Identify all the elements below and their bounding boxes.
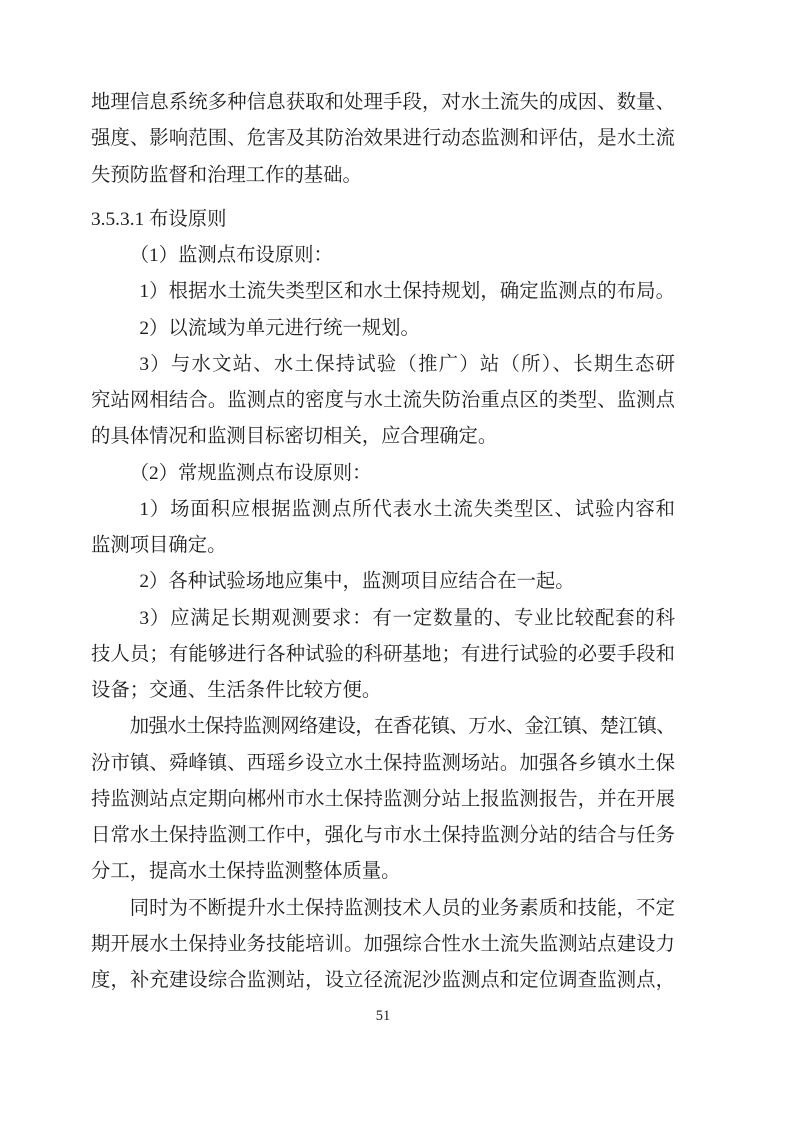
text-line: （2）常规监测点布设原则： bbox=[91, 456, 675, 492]
text-line: 3）与水文站、水土保持试验（推广）站（所）、长期生态研 bbox=[91, 347, 675, 383]
text-line: 度，补充建设综合监测站，设立径流泥沙监测点和定位调查监测点， bbox=[91, 963, 675, 999]
page-number: 51 bbox=[91, 1007, 675, 1025]
text-line: 1）场面积应根据监测点所代表水土流失类型区、试验内容和 bbox=[91, 492, 675, 528]
text-line: 究站网相结合。监测点的密度与水土流失防治重点区的类型、监测点 bbox=[91, 383, 675, 419]
text-line: 技人员；有能够进行各种试验的科研基地；有进行试验的必要手段和 bbox=[91, 637, 675, 673]
text-line: 汾市镇、舜峰镇、西瑶乡设立水土保持监测场站。加强各乡镇水土保 bbox=[91, 746, 675, 782]
text-line: 日常水土保持监测工作中，强化与市水土保持监测分站的结合与任务 bbox=[91, 818, 675, 854]
text-line: 2）以流域为单元进行统一规划。 bbox=[91, 311, 675, 347]
text-line: 监测项目确定。 bbox=[91, 528, 675, 564]
text-line: 设备；交通、生活条件比较方便。 bbox=[91, 673, 675, 709]
text-line: 失预防监督和治理工作的基础。 bbox=[91, 158, 675, 194]
text-line: 加强水土保持监测网络建设，在香花镇、万水、金江镇、楚江镇、 bbox=[91, 709, 675, 745]
text-line: 的具体情况和监测目标密切相关，应合理确定。 bbox=[91, 419, 675, 455]
text-line: 地理信息系统多种信息获取和处理手段，对水土流失的成因、数量、 bbox=[91, 85, 675, 121]
text-line: 3）应满足长期观测要求：有一定数量的、专业比较配套的科 bbox=[91, 601, 675, 637]
text-line: 期开展水土保持业务技能培训。加强综合性水土流失监测站点建设力 bbox=[91, 927, 675, 963]
text-line: 强度、影响范围、危害及其防治效果进行动态监测和评估，是水土流 bbox=[91, 121, 675, 157]
text-line: 2）各种试验场地应集中，监测项目应结合在一起。 bbox=[91, 564, 675, 600]
text-line: 1）根据水土流失类型区和水土保持规划，确定监测点的布局。 bbox=[91, 274, 675, 310]
text-line: 分工，提高水土保持监测整体质量。 bbox=[91, 854, 675, 890]
text-body: 地理信息系统多种信息获取和处理手段，对水土流失的成因、数量、 强度、影响范围、危… bbox=[91, 85, 675, 999]
section-heading: 3.5.3.1 布设原则 bbox=[91, 202, 675, 238]
document-page: 地理信息系统多种信息获取和处理手段，对水土流失的成因、数量、 强度、影响范围、危… bbox=[0, 0, 793, 1122]
text-line: 同时为不断提升水土保持监测技术人员的业务素质和技能，不定 bbox=[91, 891, 675, 927]
text-line: （1）监测点布设原则： bbox=[91, 238, 675, 274]
text-line: 持监测站点定期向郴州市水土保持监测分站上报监测报告，并在开展 bbox=[91, 782, 675, 818]
